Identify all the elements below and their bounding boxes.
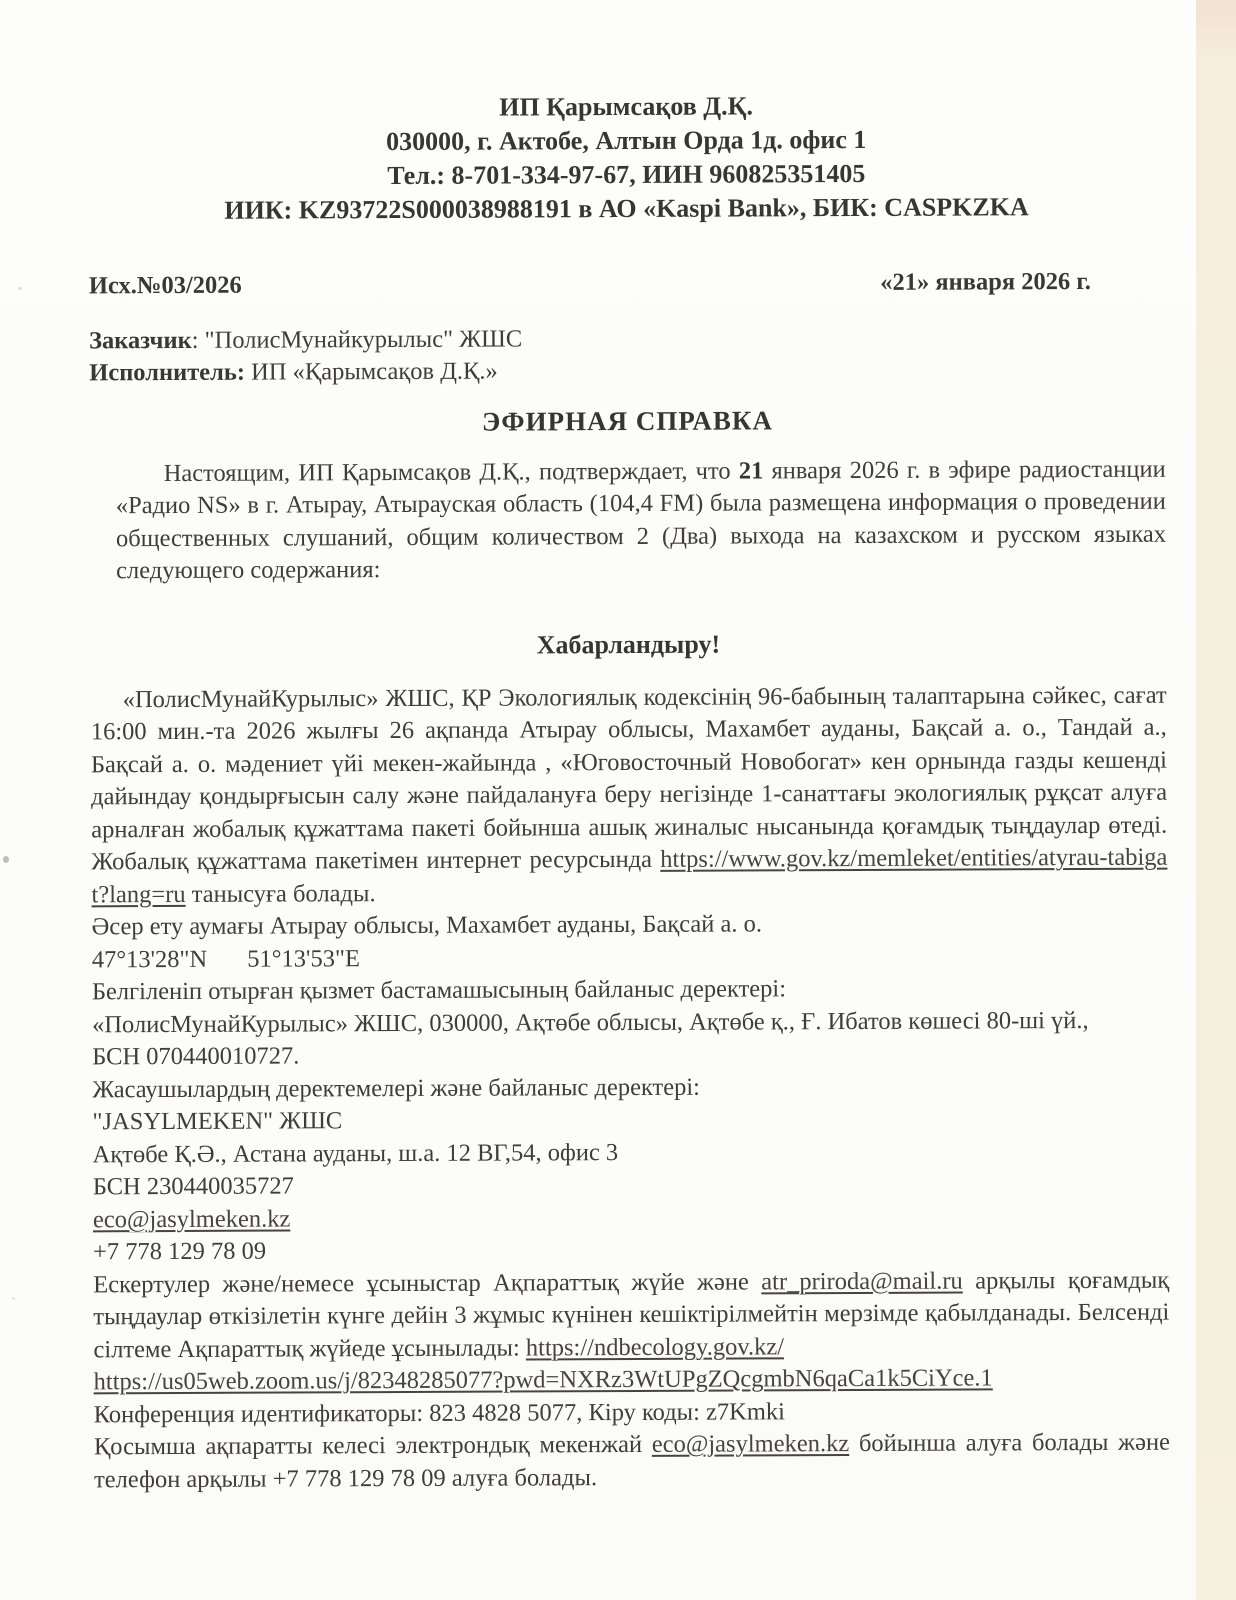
additional-info-paragraph: Қосымша ақпаратты келесі электрондық мек… [94,1427,1170,1497]
letterhead-phone-iin: Тел.: 8-701-334-97-67, ИИН 960825351405 [88,156,1164,195]
initiator-contacts-heading: Белгіленіп отырған қызмет бастамашысының… [92,972,1168,1009]
scan-edge-strip [1196,0,1236,1600]
developer-bin-line: БСН 230440035727 [93,1167,1169,1204]
intro-paragraph: Настоящим, ИП Қарымсақов Д.Қ., подтвержд… [90,453,1167,588]
developer-email-line: eco@jasylmeken.kz [93,1199,1169,1236]
executor-line: Исполнитель: ИП «Қарымсақов Д.Қ.» [89,353,1165,390]
zoom-meeting-link[interactable]: https://us05web.zoom.us/j/82348285077?pw… [94,1364,993,1395]
letterhead-bank: ИИК: KZ93722S000038988191 в АО «Kaspi Ba… [88,190,1164,229]
initiator-address-line: «ПолисМунайКурылыс» ЖШС, 030000, Ақтөбе … [92,1004,1168,1041]
executor-value: ИП «Қарымсақов Д.Қ.» [251,358,498,386]
conference-id-line: Конференция идентификаторы: 823 4828 507… [94,1394,1170,1431]
intro-date-bold: 21 [739,457,764,484]
document-body: ИП Қарымсақов Д.Қ. 030000, г. Актобе, Ал… [88,88,1170,1497]
letterhead-address: 030000, г. Актобе, Алтын Орда 1д. офис 1 [88,122,1164,161]
developer-email-link[interactable]: eco@jasylmeken.kz [93,1205,291,1233]
letterhead: ИП Қарымсақов Д.Қ. 030000, г. Актобе, Ал… [88,88,1165,229]
intro-text-before: Настоящим, ИП Қарымсақов Д.Қ., подтвержд… [164,457,731,486]
scan-speck [12,1297,15,1300]
developer-address-line: Ақтөбе Қ.Ә., Астана ауданы, ш.а. 12 ВГ,5… [93,1134,1169,1171]
reference-line: Исх.№03/2026 «21» января 2026 г. [89,266,1165,303]
customer-label: Заказчик [89,326,192,353]
coordinate-north: 47°13'28"N [92,945,208,973]
scan-speck [18,287,22,290]
document-date: «21» января 2026 г. [880,266,1165,300]
ecology-portal-link[interactable]: https://ndbecology.gov.kz/ [526,1333,784,1361]
announcement-heading: Хабарландыру! [90,625,1166,664]
additional-text-before: Қосымша ақпаратты келесі электрондық мек… [94,1431,642,1460]
customer-value: : "ПолисМунайкурылыс" ЖШС [192,325,523,353]
customer-line: Заказчик: "ПолисМунайкурылыс" ЖШС [89,320,1165,357]
executor-label: Исполнитель: [89,359,245,387]
developer-name-line: "JASYLMEKEN" ЖШС [92,1102,1168,1139]
outgoing-number: Исх.№03/2026 [89,270,242,303]
feedback-email-link[interactable]: atr_priroda@mail.ru [761,1267,963,1295]
parties-block: Заказчик: "ПолисМунайкурылыс" ЖШС Исполн… [89,320,1165,390]
announcement-text-after: танысуға болады. [192,880,376,908]
document-title: ЭФИРНАЯ СПРАВКА [89,401,1165,440]
scanned-page: ИП Қарымсақов Д.Қ. 030000, г. Актобе, Ал… [0,0,1236,1600]
zoom-link-line: https://us05web.zoom.us/j/82348285077?pw… [94,1362,1170,1399]
developer-phone-line: +7 778 129 78 09 [93,1232,1169,1269]
impact-area-line: Әсер ету аумағы Атырау облысы, Махамбет … [92,907,1168,944]
letterhead-name: ИП Қарымсақов Д.Қ. [88,88,1164,127]
notes-text-before: Ескертулер және/немесе ұсыныстар Ақпарат… [93,1268,749,1298]
announcement-paragraph: «ПолисМунайКурылыс» ЖШС, ҚР Экологиялық … [91,679,1168,911]
initiator-bin-line: БСН 070440010727. [92,1037,1168,1074]
notes-paragraph: Ескертулер және/немесе ұсыныстар Ақпарат… [93,1264,1169,1366]
coordinates-line: 47°13'28"N51°13'53"E [92,939,1168,976]
developer-contacts-heading: Жасаушылардың деректемелері және байланы… [92,1069,1168,1106]
scan-speck [3,856,9,863]
info-email-link[interactable]: eco@jasylmeken.kz [652,1430,850,1458]
coordinate-east: 51°13'53"E [247,945,360,972]
scan-edge-corner [1196,0,1236,60]
